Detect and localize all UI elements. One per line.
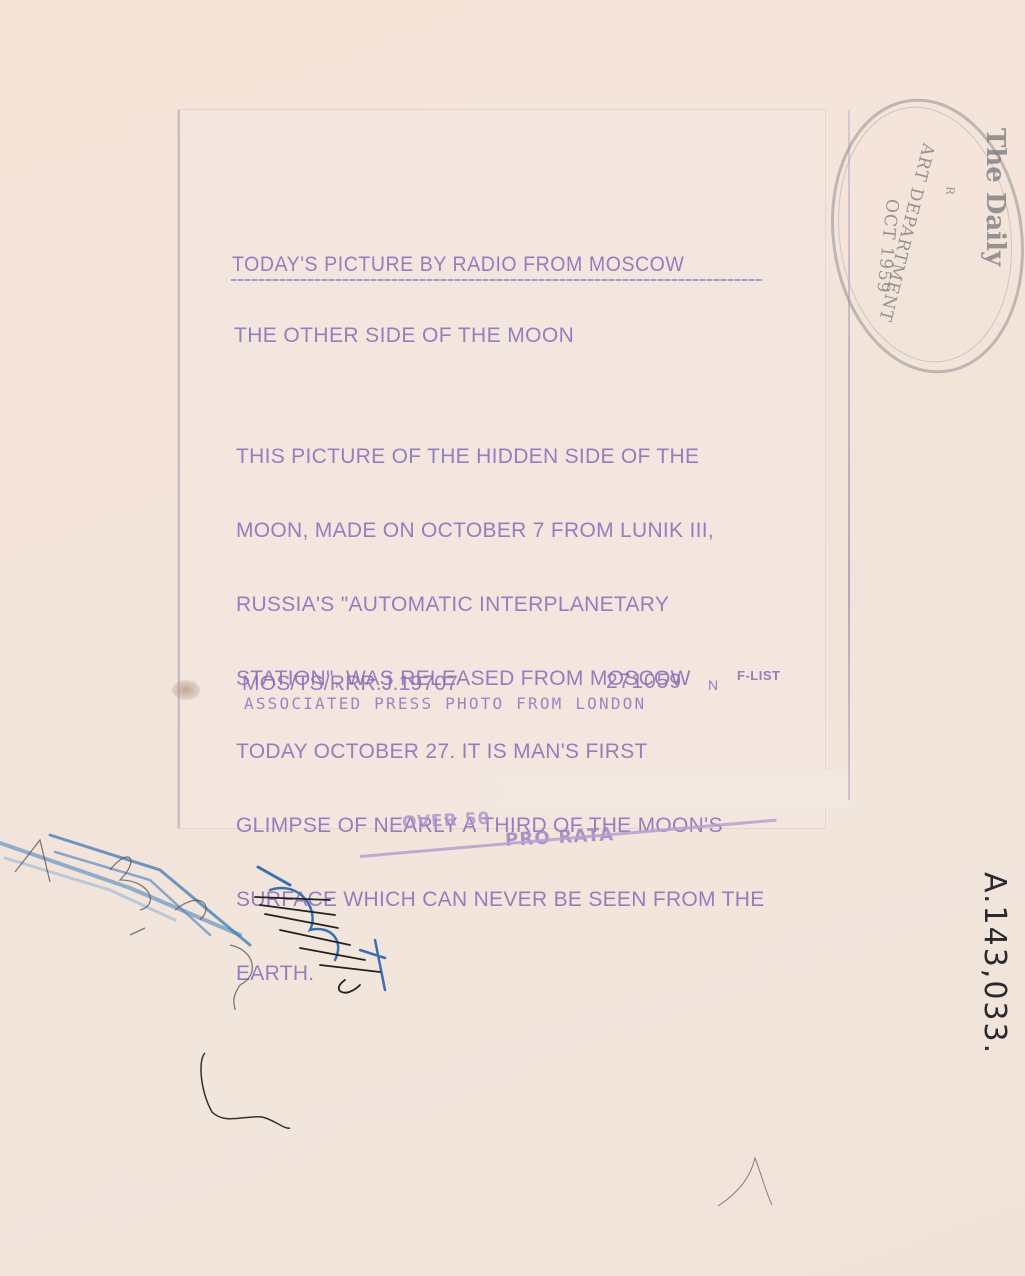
pencil-marks bbox=[0, 0, 1025, 1276]
blue-crayon-strikes-icon bbox=[0, 835, 250, 945]
pencil-tick-icon bbox=[718, 1158, 772, 1206]
pencil-hook-icon bbox=[201, 1053, 290, 1128]
initials-scribble-icon bbox=[255, 867, 385, 993]
